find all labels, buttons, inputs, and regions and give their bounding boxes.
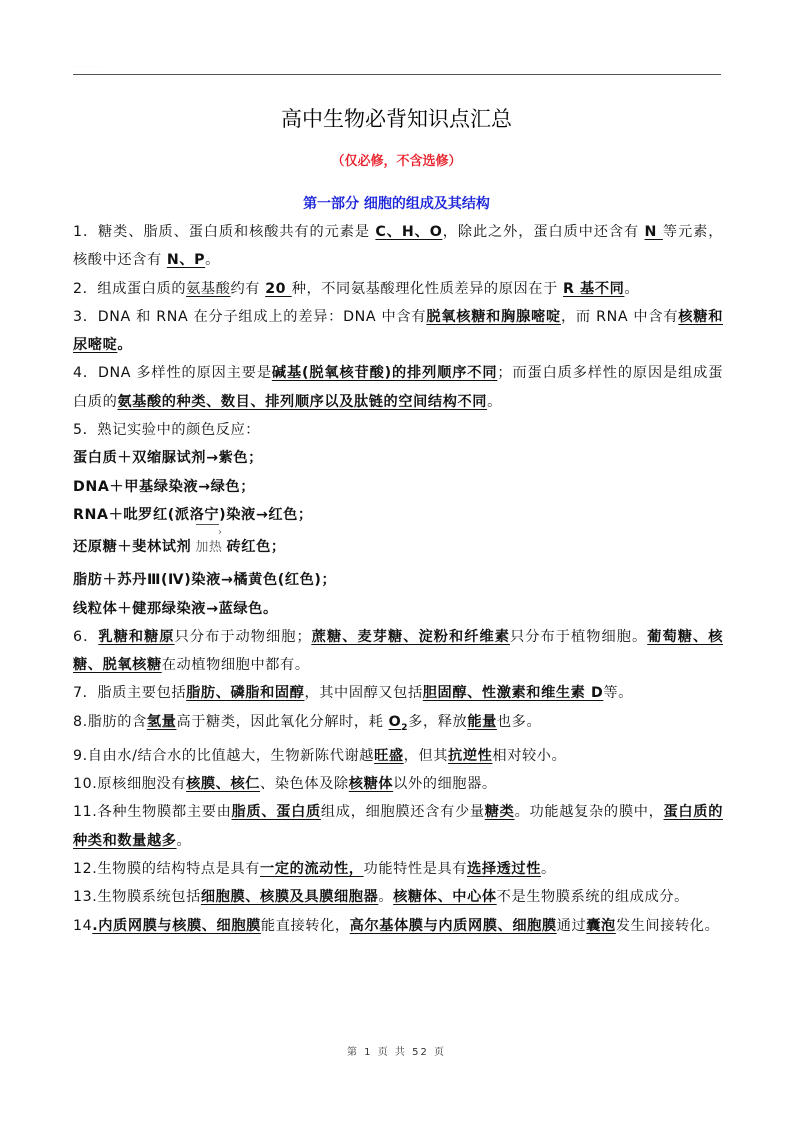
text: 3．DNA 和 RNA 在分子组成上的差异：DNA 中含有 (73, 309, 426, 325)
text: ，除此之外，蛋白质中还含有 (442, 224, 644, 240)
item-8: 8.脂肪的含氢量高于糖类，因此氧化分解时，耗 O2多，释放能量也多。 (73, 708, 723, 742)
text: 12.生物膜的结构特点是具有 (73, 861, 260, 877)
key-term: C、H、O (375, 224, 442, 240)
text: 能直接转化， (261, 918, 350, 934)
text: 。功能越复杂的膜中， (515, 804, 664, 820)
text: 约有 (231, 281, 266, 297)
text: ，其中固醇又包括 (304, 685, 422, 701)
text: 7．脂质主要包括 (73, 685, 186, 701)
text: 。 (205, 252, 220, 268)
item-9: 9.自由水/结合水的比值越大，生物新陈代谢越旺盛，但其抗逆性相对较小。 (73, 742, 723, 770)
reaction-mitochondria: 线粒体＋健那绿染液→蓝绿色。 (73, 595, 723, 623)
text: 相对较小。 (492, 748, 566, 764)
item-2: 2．组成蛋白质的氨基酸约有 20 种，不同氨基酸理化性质差异的原因在于 R 基不… (73, 275, 723, 303)
text: O (389, 714, 402, 730)
text: 。 (378, 889, 393, 905)
text: 还原糖＋斐林试剂 (73, 539, 191, 555)
key-term: 核膜、核仁 (186, 776, 260, 792)
text: 6． (73, 629, 98, 645)
key-term: 胆固醇、性激素和维生素 D (423, 685, 604, 701)
key-term: 脂肪、磷脂和固醇 (186, 685, 304, 701)
text: ，但其 (404, 748, 448, 764)
key-term: 选择透过性 (467, 861, 541, 877)
key-term: 乳糖和糖原 (98, 629, 174, 645)
text: 不是生物膜系统的组成成分。 (497, 889, 689, 905)
key-term: 抗逆性 (448, 748, 492, 764)
reaction-dna: DNA＋甲基绿染液→绿色； (73, 473, 723, 501)
key-term: 脂质、蛋白质 (232, 804, 321, 820)
key-term: 碱基(脱氧核苷酸)的排列顺序不同 (272, 365, 498, 381)
text: 13.生物膜系统包括 (73, 889, 201, 905)
heat-arrow-icon: 加热 (195, 530, 222, 566)
text: 发生间接转化。 (616, 918, 720, 934)
document-subtitle: （仅必修，不含选修） (0, 150, 793, 169)
header-rule (73, 74, 721, 75)
reaction-fat: 脂肪＋苏丹Ⅲ(Ⅳ)染液→橘黄色(红色)； (73, 566, 723, 594)
key-term: R 基不同 (563, 281, 624, 297)
reaction-reducing-sugar: 还原糖＋斐林试剂加热砖红色； (73, 529, 723, 566)
text: 种，不同氨基酸理化性质差异的原因在于 (292, 281, 563, 297)
text: 在动植物细胞中都有。 (162, 657, 310, 673)
text: 14 (73, 918, 92, 934)
key-term: 糖类 (485, 804, 515, 820)
text: 4．DNA 多样性的原因主要是 (73, 365, 272, 381)
text: 9.自由水/结合水的比值越大，生物新陈代谢越 (73, 748, 374, 764)
text: 10.原核细胞没有 (73, 776, 186, 792)
key-term: 氢量 (147, 714, 177, 730)
text: 以外的细胞器。 (393, 776, 497, 792)
text: 、染色体及除 (260, 776, 349, 792)
page-number: 第 1 页 共 52 页 (0, 1043, 793, 1058)
text: 2．组成蛋白质的 (73, 281, 186, 297)
key-term: 氨基酸的种类、数目、排列顺序以及肽链的空间结构不同 (117, 394, 487, 410)
key-term: 能量 (467, 714, 497, 730)
text: 5．熟记实验中的颜色反应： (73, 422, 260, 438)
text: 。 (117, 337, 132, 353)
key-term: 一定的流动性， (260, 861, 364, 877)
text: 。 (177, 833, 192, 849)
item-7: 7．脂质主要包括脂肪、磷脂和固醇，其中固醇又包括胆固醇、性激素和维生素 D等。 (73, 679, 723, 707)
text: 只分布于动物细胞； (175, 629, 312, 645)
text: ，而 RNA 中含有 (561, 309, 678, 325)
key-term: 20 (265, 281, 291, 297)
reaction-protein: 蛋白质＋双缩脲试剂→紫色； (73, 444, 723, 472)
text: 。 (541, 861, 556, 877)
text: 也多。 (497, 714, 541, 730)
key-term: 旺盛 (374, 748, 404, 764)
text: 砖红色； (227, 539, 286, 555)
item-10: 10.原核细胞没有核膜、核仁、染色体及除核糖体以外的细胞器。 (73, 770, 723, 798)
key-term: N (645, 224, 663, 240)
text: 11.各种生物膜都主要由 (73, 804, 232, 820)
text: 。 (487, 394, 502, 410)
item-14: 14.内质网膜与核膜、细胞膜能直接转化，高尔基体膜与内质网膜、细胞膜通过囊泡发生… (73, 912, 723, 940)
text: 8.脂肪的含 (73, 714, 147, 730)
key-term: 脱氧核糖和胸腺嘧啶 (426, 309, 561, 325)
item-13: 13.生物膜系统包括细胞膜、核膜及具膜细胞器。核糖体、中心体不是生物膜系统的组成… (73, 883, 723, 911)
item-6: 6．乳糖和糖原只分布于动物细胞；蔗糖、麦芽糖、淀粉和纤维素只分布于植物细胞。葡萄… (73, 623, 723, 680)
header-text: · · · · · · · · · (73, 64, 105, 71)
key-term: 核糖体、中心体 (393, 889, 497, 905)
text: 只分布于植物细胞。 (510, 629, 647, 645)
key-term: 细胞膜、核膜及具膜细胞器 (201, 889, 378, 905)
item-4: 4．DNA 多样性的原因主要是碱基(脱氧核苷酸)的排列顺序不同；而蛋白质多样性的… (73, 359, 723, 416)
text: 功能特性是具有 (364, 861, 468, 877)
text: 高于糖类，因此氧化分解时，耗 (176, 714, 388, 730)
reaction-rna: RNA＋吡罗红(派洛宁)染液→红色； (73, 501, 723, 529)
key-term: N、P (167, 252, 205, 268)
item-11: 11.各种生物膜都主要由脂质、蛋白质组成，细胞膜还含有少量糖类。功能越复杂的膜中… (73, 798, 723, 855)
item-3: 3．DNA 和 RNA 在分子组成上的差异：DNA 中含有脱氧核糖和胸腺嘧啶，而… (73, 303, 723, 360)
item-5: 5．熟记实验中的颜色反应： (73, 416, 723, 444)
key-term: 氨基酸 (186, 281, 230, 297)
text: 组成，细胞膜还含有少量 (321, 804, 485, 820)
item-1: 1．糖类、脂质、蛋白质和核酸共有的元素是 C、H、O，除此之外，蛋白质中还含有 … (73, 218, 723, 275)
text: 多，释放 (408, 714, 467, 730)
key-term: O2 (389, 714, 409, 730)
text: 通过 (557, 918, 587, 934)
document-title: 高中生物必背知识点汇总 (0, 103, 793, 133)
key-term: 囊泡 (586, 918, 616, 934)
key-term: 高尔基体膜与内质网膜、细胞膜 (350, 918, 557, 934)
text: 。 (624, 281, 639, 297)
text: 等。 (603, 685, 633, 701)
text: 1．糖类、脂质、蛋白质和核酸共有的元素是 (73, 224, 375, 240)
key-term: .内质网膜与核膜、细胞膜 (92, 918, 261, 934)
section-heading: 第一部分 细胞的组成及其结构 (0, 193, 793, 213)
item-12: 12.生物膜的结构特点是具有一定的流动性，功能特性是具有选择透过性。 (73, 855, 723, 883)
key-term: 核糖体 (349, 776, 393, 792)
document-body: 1．糖类、脂质、蛋白质和核酸共有的元素是 C、H、O，除此之外，蛋白质中还含有 … (73, 218, 723, 940)
key-term: 蔗糖、麦芽糖、淀粉和纤维素 (311, 629, 510, 645)
